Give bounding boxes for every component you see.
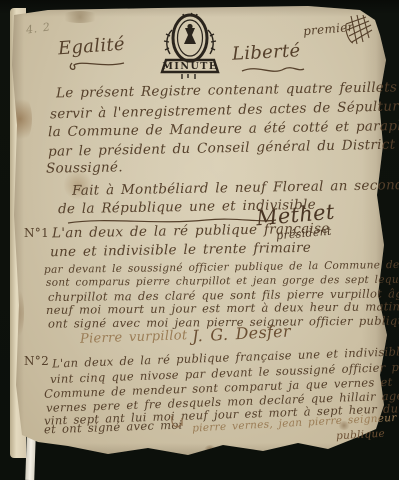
preamble-line: Soussigné. (46, 159, 123, 176)
heading-liberte: Liberté (231, 40, 300, 65)
minute-stamp-icon: MINUTE (158, 10, 222, 84)
flourish-underline-icon (64, 60, 126, 74)
scan-background: 4. 2 Egalité Liberté premier MINUTE Le (0, 0, 399, 480)
paraph-crosshatch-icon (344, 14, 372, 46)
entry1-number: N°1 (24, 226, 49, 240)
flourish-underline-icon (238, 66, 306, 80)
bookmark-ribbon (25, 436, 36, 480)
stain (204, 445, 216, 455)
entry2-number: N°2 (24, 354, 49, 368)
stamp-label: MINUTE (162, 61, 217, 72)
stain (60, 11, 100, 23)
notary-mark-icon (170, 414, 188, 430)
entry2-wrap-word: publique (336, 428, 386, 443)
